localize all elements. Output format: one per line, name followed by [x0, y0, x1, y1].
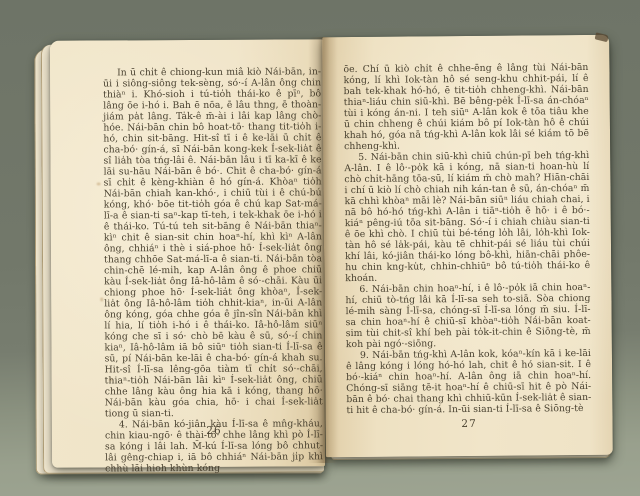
- page-number-left: 26: [105, 424, 323, 437]
- foxing-spot: [97, 182, 101, 185]
- paragraph: 6. Nái-bān chin hoaⁿ-hí, i ê lô·-po̍k iā…: [345, 282, 591, 350]
- photo-background: In ū chi̍t ê chiong-kun miâ kiò Nái-bān,…: [0, 0, 640, 496]
- worn-corner-mark: [595, 32, 609, 42]
- page-left: In ū chi̍t ê chiong-kun miâ kiò Nái-bān,…: [50, 39, 325, 467]
- page-right-text: ōe. Chí ū kiò chi̍t ê chhe-ēng ê lâng tù…: [343, 62, 591, 416]
- page-number-right: 27: [347, 417, 592, 431]
- page-right: ōe. Chí ū kiò chi̍t ê chhe-ēng ê lâng tù…: [322, 35, 613, 457]
- paragraph: 5. Nái-bān chin siū-khì chiū chún-pī beh…: [344, 150, 590, 284]
- page-left-text: In ū chi̍t ê chiong-kun miâ kiò Nái-bān,…: [103, 66, 323, 474]
- paragraph: ōe. Chí ū kiò chi̍t ê chhe-ēng ê lâng tù…: [343, 62, 589, 152]
- foxing-spot: [100, 297, 103, 301]
- paragraph: 9. Nái-bān tńg-khì A-lân kok, kóaⁿ-kín k…: [346, 348, 592, 416]
- paragraph: In ū chi̍t ê chiong-kun miâ kiò Nái-bān,…: [103, 66, 323, 419]
